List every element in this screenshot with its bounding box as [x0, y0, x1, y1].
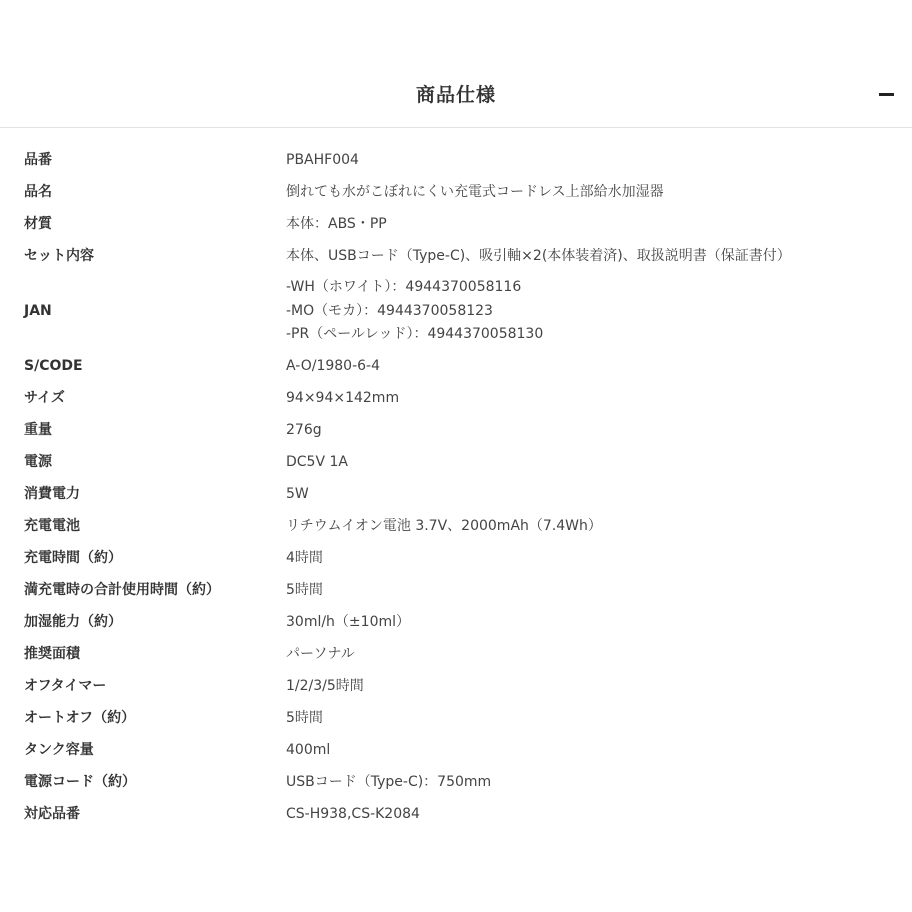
spec-value: PBAHF004	[286, 149, 912, 172]
spec-value: 1/2/3/5時間	[286, 675, 912, 698]
spec-value: DC5V 1A	[286, 451, 912, 474]
spec-row-scode: S/CODE A-O/1980-6-4	[0, 351, 912, 383]
jan-code-mocha: -MO（モカ）：4944370058123	[286, 300, 892, 324]
spec-label: 重量	[0, 419, 286, 442]
spec-label: 充電時間（約）	[0, 547, 286, 570]
spec-value: 276g	[286, 419, 912, 442]
spec-label: 加湿能力（約）	[0, 611, 286, 634]
spec-label: 品番	[0, 149, 286, 172]
spec-value: 5W	[286, 483, 912, 506]
spec-value: -WH（ホワイト）：4944370058116 -MO（モカ）：49443700…	[286, 276, 912, 347]
spec-row-recommended-area: 推奨面積 パーソナル	[0, 639, 912, 671]
spec-row-power-source: 電源 DC5V 1A	[0, 447, 912, 479]
spec-row-product-name: 品名 倒れても水がこぼれにくい充電式コードレス上部給水加湿器	[0, 176, 912, 208]
spec-label: S/CODE	[0, 355, 286, 378]
spec-row-tank-capacity: タンク容量 400ml	[0, 735, 912, 767]
spec-label: タンク容量	[0, 739, 286, 762]
spec-row-material: 材質 本体：ABS・PP	[0, 208, 912, 240]
spec-value: 本体、USBコード（Type-C)、吸引軸×2(本体装着済)、取扱説明書（保証書…	[286, 245, 912, 268]
spec-row-humidify-capacity: 加湿能力（約） 30ml/h（±10ml）	[0, 607, 912, 639]
spec-row-battery: 充電電池 リチウムイオン電池 3.7V、2000mAh（7.4Wh）	[0, 511, 912, 543]
product-spec-page: 商品仕様 品番 PBAHF004 品名 倒れても水がこぼれにくい充電式コードレス…	[0, 0, 912, 912]
spec-row-product-number: 品番 PBAHF004	[0, 144, 912, 176]
spec-value: A-O/1980-6-4	[286, 355, 912, 378]
spec-row-power-consumption: 消費電力 5W	[0, 479, 912, 511]
spec-label: JAN	[0, 300, 286, 323]
spec-value: 本体：ABS・PP	[286, 213, 912, 236]
jan-code-pale-red: -PR（ペールレッド）：4944370058130	[286, 323, 892, 347]
spec-label: 満充電時の合計使用時間（約）	[0, 579, 286, 602]
spec-row-charge-time: 充電時間（約） 4時間	[0, 543, 912, 575]
spec-row-compatible-models: 対応品番 CS-H938,CS-K2084	[0, 799, 912, 831]
spec-value: 5時間	[286, 707, 912, 730]
spec-row-power-cord: 電源コード（約） USBコード（Type-C)：750mm	[0, 767, 912, 799]
spec-row-jan: JAN -WH（ホワイト）：4944370058116 -MO（モカ）：4944…	[0, 272, 912, 351]
spec-label: 電源コード（約）	[0, 771, 286, 794]
spec-value: 5時間	[286, 579, 912, 602]
minus-icon	[879, 93, 894, 96]
spec-label: サイズ	[0, 387, 286, 410]
spec-label: 品名	[0, 181, 286, 204]
spec-row-weight: 重量 276g	[0, 415, 912, 447]
section-title: 商品仕様	[0, 80, 912, 107]
spec-value: 倒れても水がこぼれにくい充電式コードレス上部給水加湿器	[286, 181, 912, 204]
spec-value: 94×94×142mm	[286, 387, 912, 410]
spec-label: 充電電池	[0, 515, 286, 538]
spec-label: 推奨面積	[0, 643, 286, 666]
spec-value: 4時間	[286, 547, 912, 570]
spec-table: 品番 PBAHF004 品名 倒れても水がこぼれにくい充電式コードレス上部給水加…	[0, 144, 912, 831]
spec-value: リチウムイオン電池 3.7V、2000mAh（7.4Wh）	[286, 515, 912, 538]
spec-row-contents: セット内容 本体、USBコード（Type-C)、吸引軸×2(本体装着済)、取扱説…	[0, 240, 912, 272]
spec-value: USBコード（Type-C)：750mm	[286, 771, 912, 794]
spec-label: セット内容	[0, 245, 286, 268]
collapse-button[interactable]	[876, 84, 898, 104]
spec-label: オートオフ（約）	[0, 707, 286, 730]
spec-label: 対応品番	[0, 803, 286, 826]
spec-section-header[interactable]: 商品仕様	[0, 60, 912, 128]
spec-label: 消費電力	[0, 483, 286, 506]
spec-row-auto-off: オートオフ（約） 5時間	[0, 703, 912, 735]
spec-row-size: サイズ 94×94×142mm	[0, 383, 912, 415]
spec-row-off-timer: オフタイマー 1/2/3/5時間	[0, 671, 912, 703]
spec-label: 材質	[0, 213, 286, 236]
spec-value: CS-H938,CS-K2084	[286, 803, 912, 826]
spec-label: 電源	[0, 451, 286, 474]
spec-value: 30ml/h（±10ml）	[286, 611, 912, 634]
jan-code-white: -WH（ホワイト）：4944370058116	[286, 276, 892, 300]
spec-label: オフタイマー	[0, 675, 286, 698]
spec-row-usage-time: 満充電時の合計使用時間（約） 5時間	[0, 575, 912, 607]
spec-value: 400ml	[286, 739, 912, 762]
spec-value: パーソナル	[286, 643, 912, 666]
